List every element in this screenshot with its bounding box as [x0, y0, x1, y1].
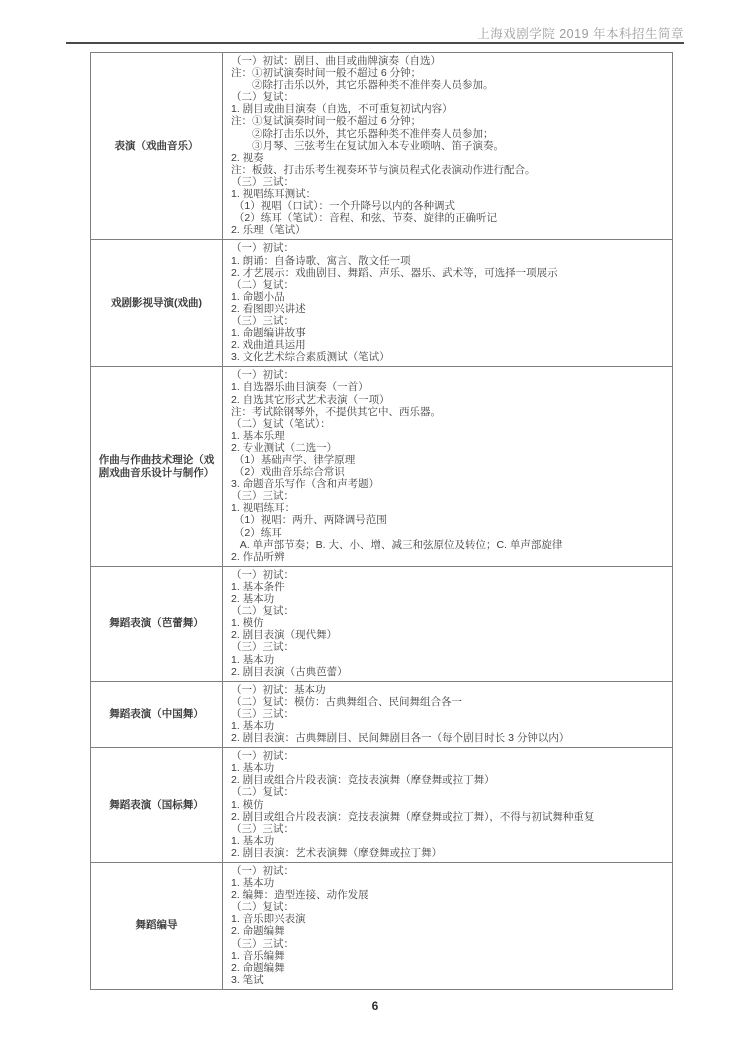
exam-requirements-cell: （一）初试：1. 基本功2. 编舞：造型连接、动作发展（二）复试：1. 音乐即兴… [223, 863, 673, 990]
program-name-cell: 戏剧影视导演(戏曲) [91, 240, 223, 367]
requirement-line: 注：考试除钢琴外，不提供其它中、西乐器。 [231, 406, 666, 418]
requirement-line: 1. 模仿 [231, 617, 666, 629]
requirement-line: 1. 自选器乐曲目演奏（一首） [231, 381, 666, 393]
requirement-line: 1. 基本功 [231, 654, 666, 666]
requirement-line: （二）复试： [231, 786, 666, 798]
requirement-line: 1. 朗诵：自备诗歌、寓言、散文任一项 [231, 255, 666, 267]
exam-table-body: 表演（戏曲音乐） （一）初试：剧目、曲目或曲牌演奏（自选）注：①初试演奏时间一般… [91, 53, 673, 990]
requirement-line: （1）基础声学、律学原理 [231, 454, 666, 466]
requirement-line: （一）初试：基本功 [231, 684, 666, 696]
requirement-line: 1. 基本功 [231, 762, 666, 774]
table-row: 舞蹈编导 （一）初试：1. 基本功2. 编舞：造型连接、动作发展（二）复试：1.… [91, 863, 673, 990]
requirement-line: 注：①复试演奏时间一般不超过 6 分钟； [231, 115, 666, 127]
requirement-line: ②除打击乐以外，其它乐器种类不准伴奏人员参加。 [231, 79, 666, 91]
header-title: 上海戏剧学院 2019 年本科招生简章 [477, 27, 684, 41]
requirement-line: 1. 基本功 [231, 720, 666, 732]
requirement-line: 2. 乐理（笔试） [231, 224, 666, 236]
requirement-line: （2）练耳（笔试）：音程、和弦、节奏、旋律的正确听记 [231, 212, 666, 224]
program-name-cell: 表演（戏曲音乐） [91, 53, 223, 240]
requirement-line: 1. 基本功 [231, 835, 666, 847]
program-name-cell: 舞蹈表演（芭蕾舞） [91, 566, 223, 681]
requirement-line: （一）初试：剧目、曲目或曲牌演奏（自选） [231, 55, 666, 67]
requirement-line: （三）三试： [231, 176, 666, 188]
requirement-line: （二）复试： [231, 91, 666, 103]
requirement-line: 1. 视唱练耳测试： [231, 188, 666, 200]
requirement-line: （2）练耳 [231, 527, 666, 539]
document-page: 上海戏剧学院 2019 年本科招生简章 表演（戏曲音乐） （一）初试：剧目、曲目… [0, 0, 750, 1060]
requirement-line: 2. 基本功 [231, 593, 666, 605]
requirement-line: （三）三试： [231, 823, 666, 835]
requirement-line: 2. 编舞：造型连接、动作发展 [231, 889, 666, 901]
table-row: 作曲与作曲技术理论（戏剧戏曲音乐设计与制作） （一）初试：1. 自选器乐曲目演奏… [91, 367, 673, 567]
requirement-line: 3. 文化艺术综合素质测试（笔试） [231, 351, 666, 363]
exam-requirements-cell: （一）初试：剧目、曲目或曲牌演奏（自选）注：①初试演奏时间一般不超过 6 分钟；… [223, 53, 673, 240]
table-row: 舞蹈表演（芭蕾舞） （一）初试：1. 基本条件2. 基本功（二）复试：1. 模仿… [91, 566, 673, 681]
admissions-exam-table: 表演（戏曲音乐） （一）初试：剧目、曲目或曲牌演奏（自选）注：①初试演奏时间一般… [90, 52, 673, 990]
requirement-line: 2. 视奏 [231, 152, 666, 164]
requirement-line: （一）初试： [231, 242, 666, 254]
requirement-line: 2. 专业测试（二选一） [231, 442, 666, 454]
requirement-line: 1. 命题编讲故事 [231, 327, 666, 339]
requirement-line: 2. 自选其它形式艺术表演（一项） [231, 394, 666, 406]
requirement-line: （三）三试： [231, 641, 666, 653]
requirement-line: （二）复试： [231, 279, 666, 291]
requirement-line: 注：板鼓、打击乐考生视奏环节与演员程式化表演动作进行配合。 [231, 164, 666, 176]
exam-requirements-cell: （一）初试：1. 基本功2. 剧目或组合片段表演：竞技表演舞（摩登舞或拉丁舞）（… [223, 748, 673, 863]
requirement-line: 2. 命题编舞 [231, 925, 666, 937]
table-row: 戏剧影视导演(戏曲) （一）初试：1. 朗诵：自备诗歌、寓言、散文任一项2. 才… [91, 240, 673, 367]
requirement-line: ③月琴、三弦考生在复试加入本专业唢呐、笛子演奏。 [231, 140, 666, 152]
requirement-line: 1. 音乐编舞 [231, 950, 666, 962]
requirement-line: （三）三试： [231, 315, 666, 327]
requirement-line: 2. 剧目表演：古典舞剧目、民间舞剧目各一（每个剧目时长 3 分钟以内） [231, 732, 666, 744]
requirement-line: 2. 剧目表演（古典芭蕾） [231, 666, 666, 678]
requirement-line: （二）复试： [231, 901, 666, 913]
table-row: 舞蹈表演（国标舞） （一）初试：1. 基本功2. 剧目或组合片段表演：竞技表演舞… [91, 748, 673, 863]
page-header: 上海戏剧学院 2019 年本科招生简章 [66, 24, 684, 42]
program-name-cell: 舞蹈编导 [91, 863, 223, 990]
requirement-line: （三）三试： [231, 938, 666, 950]
requirement-line: 2. 戏曲道具运用 [231, 339, 666, 351]
requirement-line: 3. 笔试 [231, 974, 666, 986]
requirement-line: （二）复试： [231, 605, 666, 617]
page-number: 6 [0, 999, 750, 1013]
requirement-line: 1. 模仿 [231, 799, 666, 811]
requirement-line: （二）复试：模仿：古典舞组合、民间舞组合各一 [231, 696, 666, 708]
exam-requirements-cell: （一）初试：1. 朗诵：自备诗歌、寓言、散文任一项2. 才艺展示：戏曲剧目、舞蹈… [223, 240, 673, 367]
requirement-line: （1）视唱：两升、两降调号范围 [231, 514, 666, 526]
requirement-line: 注：①初试演奏时间一般不超过 6 分钟； [231, 67, 666, 79]
requirement-line: （一）初试： [231, 569, 666, 581]
requirement-line: 2. 作品听辨 [231, 551, 666, 563]
exam-requirements-cell: （一）初试：1. 自选器乐曲目演奏（一首）2. 自选其它形式艺术表演（一项）注：… [223, 367, 673, 567]
requirement-line: （2）戏曲音乐综合常识 [231, 466, 666, 478]
requirement-line: （三）三试： [231, 490, 666, 502]
header-rule [66, 42, 684, 44]
requirement-line: 2. 才艺展示：戏曲剧目、舞蹈、声乐、器乐、武术等，可选择一项展示 [231, 267, 666, 279]
requirement-line: （三）三试： [231, 708, 666, 720]
table-row: 舞蹈表演（中国舞） （一）初试：基本功（二）复试：模仿：古典舞组合、民间舞组合各… [91, 681, 673, 747]
program-name-cell: 舞蹈表演（国标舞） [91, 748, 223, 863]
requirement-line: 3. 命题音乐写作（含和声考题） [231, 478, 666, 490]
requirement-line: （一）初试： [231, 369, 666, 381]
requirement-line: （二）复试（笔试）： [231, 418, 666, 430]
requirement-line: 2. 剧目或组合片段表演：竞技表演舞（摩登舞或拉丁舞），不得与初试舞种重复 [231, 811, 666, 823]
requirement-line: 1. 基本乐理 [231, 430, 666, 442]
exam-requirements-cell: （一）初试：基本功（二）复试：模仿：古典舞组合、民间舞组合各一（三）三试：1. … [223, 681, 673, 747]
program-name-cell: 作曲与作曲技术理论（戏剧戏曲音乐设计与制作） [91, 367, 223, 567]
requirement-line: （一）初试： [231, 865, 666, 877]
requirement-line: ②除打击乐以外，其它乐器种类不准伴奏人员参加； [231, 128, 666, 140]
requirement-line: 1. 基本功 [231, 877, 666, 889]
requirement-line: （1）视唱（口试）：一个升降号以内的各种调式 [231, 200, 666, 212]
requirement-line: A. 单声部节奏；B. 大、小、增、减三和弦原位及转位；C. 单声部旋律 [231, 539, 666, 551]
requirement-line: 1. 命题小品 [231, 291, 666, 303]
requirement-line: 1. 视唱练耳： [231, 502, 666, 514]
requirement-line: 1. 音乐即兴表演 [231, 913, 666, 925]
requirement-line: 2. 命题编舞 [231, 962, 666, 974]
requirement-line: 1. 基本条件 [231, 581, 666, 593]
program-name-cell: 舞蹈表演（中国舞） [91, 681, 223, 747]
requirement-line: 2. 剧目表演：艺术表演舞（摩登舞或拉丁舞） [231, 847, 666, 859]
requirement-line: 2. 剧目表演（现代舞） [231, 629, 666, 641]
requirement-line: （一）初试： [231, 750, 666, 762]
requirement-line: 2. 剧目或组合片段表演：竞技表演舞（摩登舞或拉丁舞） [231, 774, 666, 786]
requirement-line: 2. 看图即兴讲述 [231, 303, 666, 315]
requirement-line: 1. 剧目或曲目演奏（自选，不可重复初试内容） [231, 103, 666, 115]
table-row: 表演（戏曲音乐） （一）初试：剧目、曲目或曲牌演奏（自选）注：①初试演奏时间一般… [91, 53, 673, 240]
exam-requirements-cell: （一）初试：1. 基本条件2. 基本功（二）复试：1. 模仿2. 剧目表演（现代… [223, 566, 673, 681]
